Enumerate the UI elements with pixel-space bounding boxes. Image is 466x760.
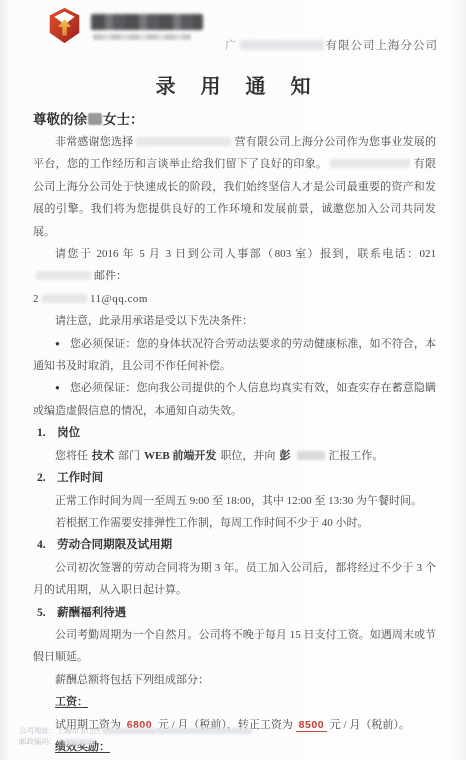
redacted-company-tagline (93, 34, 191, 40)
compensation-body-1: 公司考勤周期为一个自然月。公司将不晚于每月 15 日支付工资。如遇周末或节假日顺… (33, 624, 436, 669)
contract-body: 公司初次签署的劳动合同将为期 3 年。员工加入公司后，都将经过不少于 3 个月的… (33, 557, 436, 602)
regular-salary-value: 8500 (296, 719, 327, 732)
page-footer: 公司地址：上海市宝山区 邮政编码：20 (19, 725, 252, 747)
footer-postal-label: 邮政编码：20 (19, 737, 64, 746)
position-line: 您将任技术部门WEB 前端开发职位，并向彭汇报工作。 (33, 445, 436, 467)
report-text-1: 请您于 2016 年 5 月 3 日到公司人事部（803 室）报到，联系电话：0… (55, 248, 436, 260)
compensation-body-2: 薪酬总额将包括下列组成部分： (33, 669, 436, 691)
company-name-line: 广有限公司上海分公司 (225, 37, 438, 53)
worktime-line-2: 若根据工作需要安排弹性工作制，每周工作时间不少于 40 小时。 (33, 512, 436, 534)
email-suffix: 11@qq.com (90, 293, 148, 305)
redacted-email-mid (42, 294, 87, 303)
conditions-note: 请注意，此录用承诺是受以下先决条件： (33, 310, 436, 332)
email-prefix: 2 (33, 293, 39, 305)
greeting-line: 尊敬的徐女士： (33, 108, 466, 128)
letter-body: 非常感谢您选择营有限公司上海分公司作为您事业发展的平台，您的工作经历和言谈举止给… (33, 131, 436, 758)
page-title: 录 用 通 知 (0, 70, 466, 99)
worktime-line-1: 正常工作时间为周一至周五 9:00 至 18:00，其中 12:00 至 13:… (33, 490, 436, 512)
footer-address-line: 公司地址：上海市宝山区 (19, 725, 252, 736)
email-line: 211@qq.com (33, 288, 436, 310)
report-text-2: 邮件： (94, 270, 127, 282)
footer-postal-line: 邮政编码：20 (19, 736, 252, 747)
position-manager-surname: 彭 (279, 450, 290, 462)
section-heading-worktime: 2. 工作时间 (37, 467, 436, 489)
intro-paragraph: 非常感谢您选择营有限公司上海分公司作为您事业发展的平台，您的工作经历和言谈举止给… (33, 131, 436, 243)
redacted-company-mid (240, 40, 324, 50)
redacted-company-name (91, 14, 203, 30)
section-heading-position: 1. 岗位 (37, 422, 436, 444)
section-heading-compensation: 5. 薪酬福利待遇 (37, 602, 436, 624)
bullet-icon: ● (55, 383, 60, 392)
condition-item-2: ●您必须保证：您向我公司提供的个人信息均真实有效，如查实存在蓄意隐瞒或编造虚假信… (33, 377, 436, 422)
redacted-address (102, 728, 252, 734)
salary-text-3: 元 / 月（税前）。 (330, 719, 410, 731)
redacted-company-1 (136, 137, 231, 146)
redacted-phone (36, 271, 91, 280)
position-department: 技术 (92, 450, 114, 462)
redacted-manager-name (297, 451, 325, 460)
condition-2-text: 您必须保证：您向我公司提供的个人信息均真实有效，如查实存在蓄意隐瞒或编造虚假信息… (33, 382, 436, 416)
intro-text-1: 非常感谢您选择 (55, 136, 133, 148)
bullet-icon: ● (55, 339, 60, 348)
position-text-3: 职位，并向 (220, 450, 275, 462)
footer-address-label: 公司地址：上海市宝山区 (19, 726, 102, 735)
report-line: 请您于 2016 年 5 月 3 日到公司人事部（803 室）报到，联系电话：0… (33, 243, 436, 288)
redacted-postal-code (64, 739, 94, 745)
position-text-4: 汇报工作。 (328, 450, 383, 462)
redacted-recipient-name (88, 113, 102, 125)
section-heading-contract: 4. 劳动合同期限及试用期 (37, 534, 436, 556)
position-text-2: 部门 (118, 450, 140, 462)
company-name-suffix: 有限公司上海分公司 (326, 40, 439, 52)
position-role: WEB 前端开发 (144, 450, 216, 462)
wage-label-line: 工资： (33, 691, 436, 713)
wage-label: 工资： (55, 696, 88, 708)
position-text-1: 您将任 (55, 450, 88, 462)
greeting-prefix: 尊敬的徐 (33, 112, 87, 127)
condition-item-1: ●您必须保证：您的身体状况符合劳动法要求的劳动健康标准，如不符合，本通知书及时取… (33, 333, 436, 378)
condition-1-text: 您必须保证：您的身体状况符合劳动法要求的劳动健康标准，如不符合，本通知书及时取消… (33, 338, 436, 372)
redacted-company-2 (330, 159, 410, 168)
offer-letter-document: 广有限公司上海分公司 录 用 通 知 尊敬的徐女士： 非常感谢您选择营有限公司上… (0, 0, 466, 760)
greeting-suffix: 女士： (103, 112, 144, 127)
company-name-prefix: 广 (225, 40, 238, 52)
company-shield-logo (46, 7, 83, 44)
